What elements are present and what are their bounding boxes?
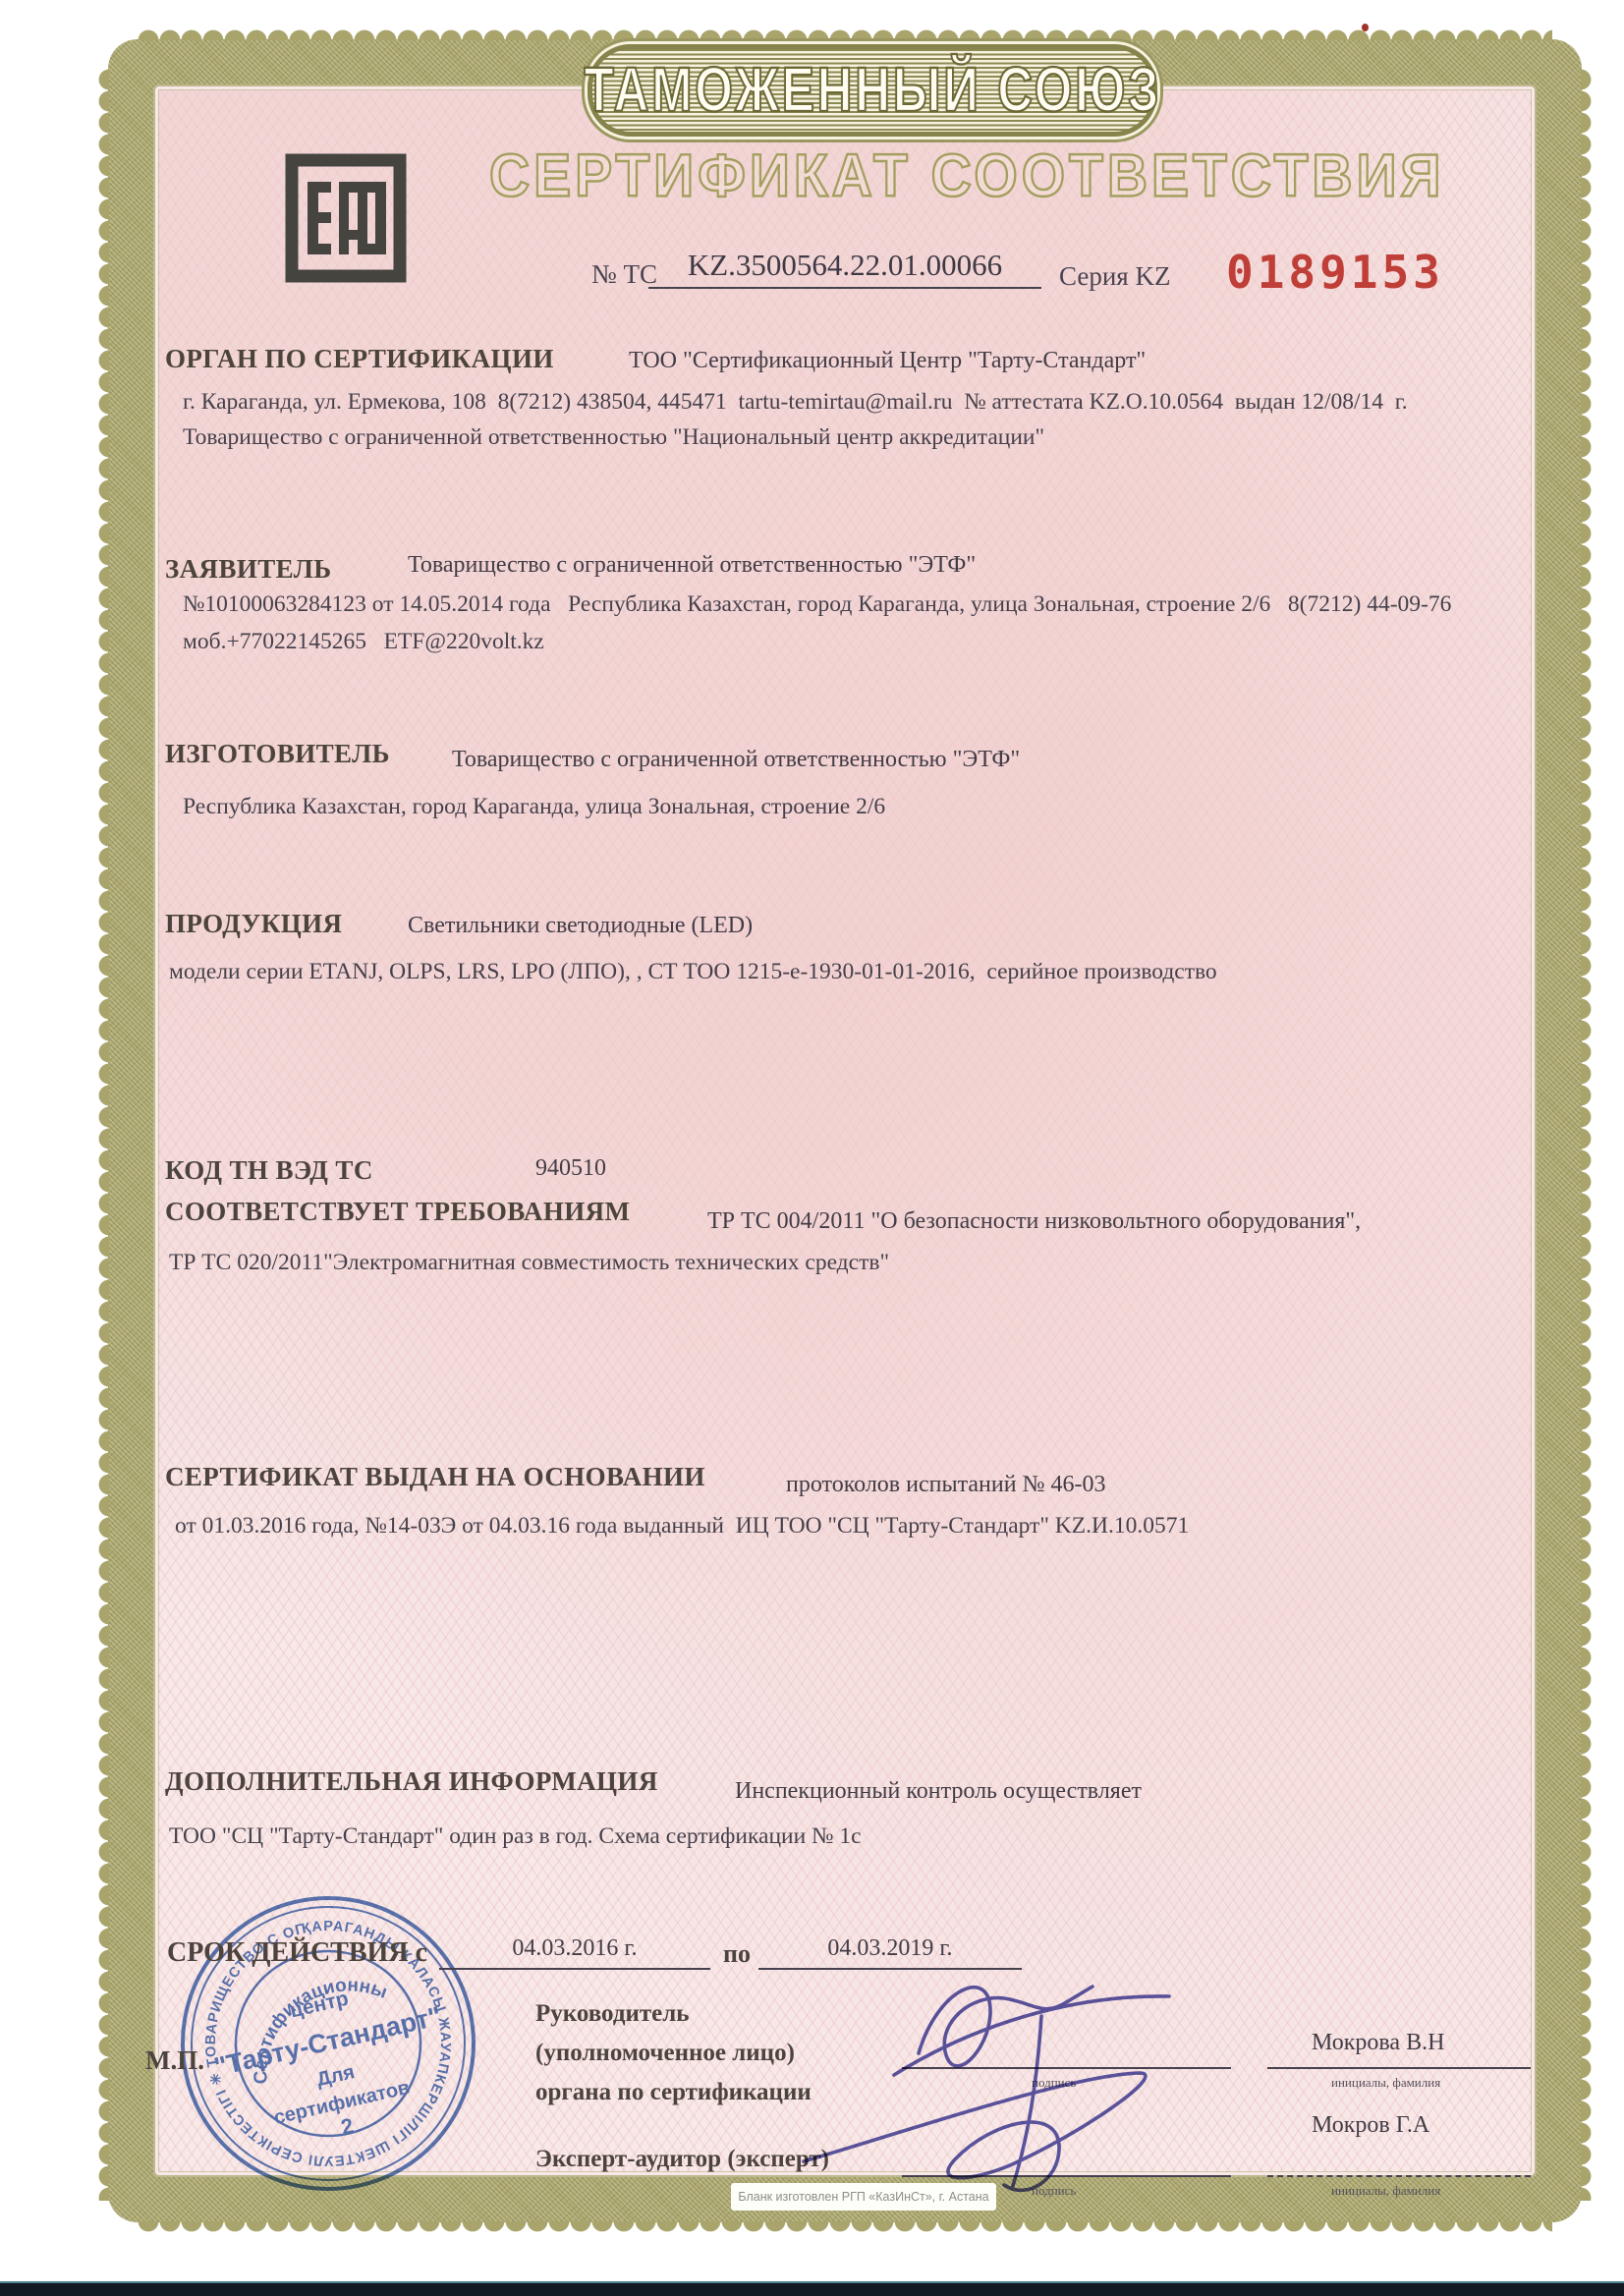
section-additional-line: ТОО "СЦ "Тарту-Стандарт" один раз в год.… [169, 1823, 1505, 1850]
section-product-line: модели серии ETANJ, OLPS, LRS, LPO (ЛПО)… [169, 959, 1505, 985]
border-scallops-bottom [138, 2221, 1552, 2236]
section-code-value: 940510 [535, 1155, 606, 1182]
head-name: Мокрова В.Н [1312, 2030, 1444, 2056]
section-requirements-heading: СООТВЕТСТВУЕТ ТРЕБОВАНИЯМ [165, 1197, 630, 1227]
border-scallops-right [1581, 69, 1596, 2201]
cert-number-value: KZ.3500564.22.01.00066 [648, 248, 1041, 289]
mp-label: М.П. [145, 2045, 204, 2076]
section-manufacturer-line: Республика Казахстан, город Караганда, у… [183, 794, 1519, 820]
section-requirements-value: ТР ТС 004/2011 "О безопасности низковоль… [707, 1208, 1361, 1235]
section-product-value: Светильники светодиодные (LED) [408, 913, 753, 939]
section-code-heading: КОД ТН ВЭД ТС [165, 1155, 373, 1186]
section-applicant-line: №10100063284123 от 14.05.2014 года Респу… [183, 591, 1519, 618]
blank-manufacturer-note: Бланк изготовлен РГП «КазИнСт», г. Астан… [731, 2183, 996, 2211]
section-applicant-value: Товарищество с ограниченной ответственно… [408, 552, 976, 579]
page-title: СЕРТИФИКАТ СООТВЕТСТВИЯ [489, 140, 1334, 210]
section-organ-line: Товарищество с ограниченной ответственно… [183, 424, 1519, 451]
section-organ-value: ТОО "Сертификационный Центр "Тарту-Станд… [629, 348, 1146, 374]
head-name-line [1267, 2067, 1531, 2069]
section-product-heading: ПРОДУКЦИЯ [165, 909, 342, 939]
certificate-page: ТАМОЖЕННЫЙ СОЮЗ СЕРТИФИКАТ СООТВЕТСТВИЯ … [0, 0, 1624, 2296]
expert-signature-ink [804, 2073, 1146, 2190]
validity-label: СРОК ДЕЙСТВИЯ с [167, 1937, 427, 1969]
section-organ-heading: ОРГАН ПО СЕРТИФИКАЦИИ [165, 344, 554, 374]
scan-edge-strip [0, 2281, 1624, 2296]
section-additional-value: Инспекционный контроль осуществляет [735, 1778, 1142, 1805]
section-organ-line: г. Караганда, ул. Ермекова, 108 8(7212) … [183, 389, 1519, 416]
border-scallops-left [94, 69, 109, 2201]
section-manufacturer-heading: ИЗГОТОВИТЕЛЬ [165, 739, 390, 769]
section-manufacturer-value: Товарищество с ограниченной ответственно… [452, 747, 1020, 773]
ink-speck [1362, 24, 1369, 31]
expert-name: Мокров Г.А [1312, 2112, 1429, 2139]
expert-name-line [1267, 2175, 1531, 2177]
border-scallops-top [138, 26, 1552, 40]
stamp-line-centr: центр [288, 1988, 351, 2023]
expert-name-caption: инициалы, фамилия [1331, 2183, 1440, 2199]
section-applicant-line: моб.+77022145265 ETF@220volt.kz [183, 629, 1519, 655]
section-basis-heading: СЕРТИФИКАТ ВЫДАН НА ОСНОВАНИИ [165, 1462, 705, 1492]
head-signature-ink [919, 1987, 1092, 2066]
section-additional-heading: ДОПОЛНИТЕЛЬНАЯ ИНФОРМАЦИЯ [165, 1766, 658, 1797]
handwritten-signatures [747, 1957, 1277, 2212]
eac-letters [308, 182, 386, 254]
stamp-line-dlya: Для [314, 2061, 357, 2091]
series-number: 0189153 [1226, 246, 1444, 299]
section-requirements-line: ТР ТС 020/2011"Электромагнитная совмести… [169, 1250, 1505, 1276]
section-basis-line: от 01.03.2016 года, №14-03Э от 04.03.16 … [175, 1513, 1511, 1540]
section-basis-value: протоколов испытаний № 46-03 [786, 1472, 1105, 1498]
head-name-caption: инициалы, фамилия [1331, 2075, 1440, 2091]
section-applicant-heading: ЗАЯВИТЕЛЬ [165, 554, 332, 585]
banner-title: ТАМОЖЕННЫЙ СОЮЗ [584, 54, 1160, 126]
head-role-line1: Руководитель [535, 2000, 690, 2028]
customs-union-banner: ТАМОЖЕННЫЙ СОЮЗ [588, 44, 1157, 137]
eac-logo [285, 153, 407, 283]
cert-number-label: № ТС [591, 259, 657, 290]
validity-from-date: 04.03.2016 г. [439, 1935, 710, 1970]
series-label: Серия KZ [1059, 261, 1170, 292]
